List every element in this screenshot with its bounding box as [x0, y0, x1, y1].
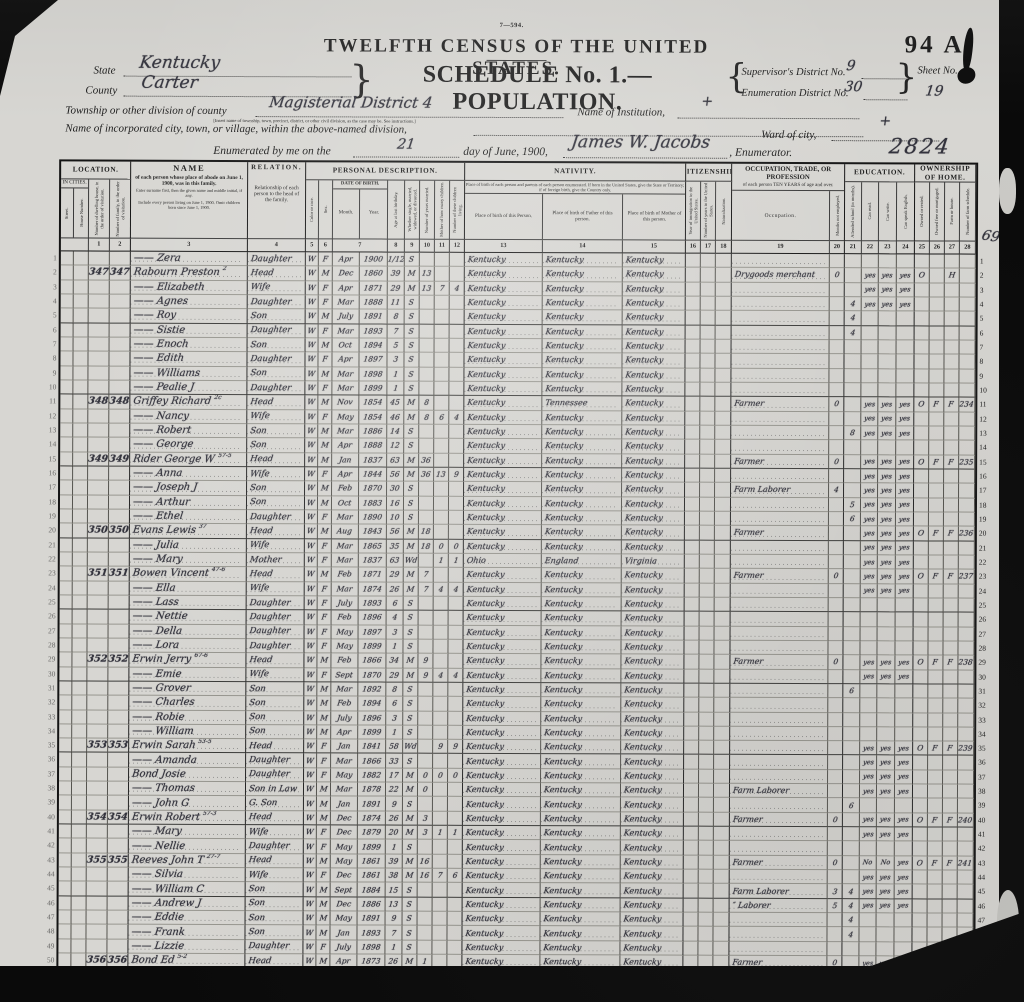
header-years-married: Number of years married. — [420, 181, 435, 240]
row-number: 43 — [978, 856, 994, 870]
cell-age: 39 — [388, 267, 405, 281]
header-column-number: 5 — [306, 239, 319, 252]
cell-age: 14 — [387, 425, 404, 439]
row-number: 44 — [978, 871, 994, 885]
cell-fm — [928, 799, 943, 813]
cell-fm — [928, 842, 943, 856]
cell-mc — [435, 339, 450, 353]
cell-street — [59, 810, 72, 824]
cell-age: 20 — [386, 826, 403, 840]
cell-yr: 1871 — [359, 568, 387, 582]
cell-yus — [700, 397, 715, 411]
cell-fm — [928, 684, 943, 698]
cell-sch — [843, 727, 860, 741]
cell-name: —— Silvia — [129, 868, 246, 883]
cell-fs — [959, 613, 975, 627]
cell-wr: yes — [878, 584, 896, 598]
header-dwelling-number: Number of dwelling house, in the order o… — [89, 180, 110, 239]
cell-fm — [929, 369, 944, 383]
cell-fh — [943, 799, 958, 813]
cell-rd — [860, 641, 877, 655]
cell-street — [60, 509, 73, 523]
cell-street — [59, 882, 72, 896]
cell-occ — [731, 598, 829, 613]
cell-fs — [959, 384, 975, 398]
cell-age: 56 — [387, 525, 404, 539]
row-number: 42 — [39, 839, 55, 853]
cell-house — [73, 538, 88, 552]
cell-ym — [420, 310, 435, 324]
cell-occ — [732, 325, 830, 340]
cell-c: W — [305, 553, 318, 567]
cell-rel: Daughter — [247, 510, 305, 525]
cell-mne — [828, 741, 843, 755]
cell-street — [60, 409, 73, 423]
cell-sch: 4 — [843, 899, 860, 913]
header-age: Age at last birthday. — [388, 181, 405, 240]
cell-street — [60, 624, 73, 638]
cell-street — [60, 581, 73, 595]
cell-imm — [685, 469, 700, 483]
cell-age: 6 — [387, 596, 404, 610]
cell-mne — [828, 727, 843, 741]
cell-street — [60, 481, 73, 495]
cell-street — [59, 653, 72, 667]
cell-mo: Mar — [332, 367, 359, 381]
cell-dw — [87, 911, 108, 925]
cell-house — [72, 853, 87, 867]
cell-c: W — [305, 539, 318, 553]
cell-fh: F — [943, 856, 958, 870]
cell-house — [73, 452, 88, 466]
cell-occ — [731, 626, 829, 641]
row-number: 31 — [978, 684, 994, 698]
cell-street — [60, 495, 73, 509]
cell-street — [60, 380, 73, 394]
cell-yus — [699, 741, 714, 755]
cell-mo: May — [331, 854, 358, 868]
cell-rd — [860, 684, 877, 698]
cell-mo: July — [330, 940, 357, 954]
cell-yr: 1893 — [357, 926, 385, 940]
row-number: 19 — [979, 513, 995, 527]
cell-ms: M — [403, 854, 418, 868]
cell-house — [72, 638, 87, 652]
row-number: 31 — [39, 681, 55, 695]
row-number: 46 — [39, 896, 55, 910]
cell-mo: Apr — [332, 353, 359, 367]
cell-wr: yes — [877, 870, 895, 884]
cell-rd: yes — [861, 469, 878, 483]
cell-fm: F — [928, 856, 943, 870]
header-column-number: 15 — [623, 240, 686, 253]
cell-occ — [732, 297, 830, 312]
cell-age: 30 — [387, 482, 404, 496]
cell-yr: 1843 — [359, 525, 387, 539]
scan-content: 7—594. TWELFTH CENSUS OF THE UNITED STAT… — [0, 0, 1024, 1002]
cell-pf: England — [542, 554, 622, 569]
cell-wr — [878, 441, 896, 455]
cell-pf: Kentucky — [541, 884, 621, 899]
cell-ym — [418, 897, 433, 911]
cell-nat — [715, 626, 731, 640]
cell-imm — [685, 426, 700, 440]
cell-ms: M — [404, 468, 419, 482]
cell-name: —— George — [130, 438, 247, 453]
cell-yr: 1894 — [358, 697, 386, 711]
cell-rel: Wife — [247, 582, 305, 597]
cell-occ — [732, 254, 830, 269]
row-number: 40 — [978, 813, 994, 827]
cell-dw — [89, 295, 110, 309]
cell-age: 12 — [387, 439, 404, 453]
cell-occ: Drygoods merchant — [732, 268, 830, 283]
cell-wr: yes — [878, 498, 896, 512]
cell-own — [914, 383, 929, 397]
header-column-number: 25 — [915, 241, 930, 254]
cell-fam: 348 — [109, 395, 130, 409]
cell-occ — [731, 497, 829, 512]
cell-fs: 239 — [958, 742, 974, 756]
cell-ms: M — [404, 453, 419, 467]
cell-ms: S — [404, 611, 419, 625]
cell-pf: Kentucky — [542, 611, 622, 626]
cell-street — [60, 610, 73, 624]
cell-fh: F — [944, 455, 959, 469]
cell-fh — [944, 469, 959, 483]
cell-imm — [685, 411, 700, 425]
cell-cl — [447, 941, 462, 955]
cell-house — [71, 939, 86, 953]
cell-occ — [731, 583, 829, 598]
cell-dw — [88, 581, 109, 595]
cell-ms: M — [403, 668, 418, 682]
cell-sch — [844, 369, 861, 383]
cell-yus — [701, 268, 716, 282]
cell-pb: Kentucky — [463, 769, 541, 784]
cell-ms: M — [404, 568, 419, 582]
cell-age: 1 — [386, 725, 403, 739]
cell-age: 7 — [385, 926, 402, 940]
header-street: Street. — [61, 188, 74, 237]
cell-sch — [844, 469, 861, 483]
cell-cl — [448, 711, 463, 725]
cell-en — [897, 254, 915, 268]
cell-pm: Kentucky — [623, 253, 686, 268]
row-number: 17 — [979, 484, 995, 498]
cell-fm — [928, 785, 943, 799]
cell-sch — [845, 283, 862, 297]
cell-cl — [450, 267, 465, 281]
cell-fm — [928, 699, 943, 713]
cell-mc — [433, 726, 448, 740]
cell-pb: Kentucky — [465, 296, 543, 311]
cell-pm: Kentucky — [621, 755, 684, 770]
cell-street — [60, 538, 73, 552]
cell-house — [73, 524, 88, 538]
cell-sch — [844, 541, 861, 555]
cell-house — [73, 495, 88, 509]
cell-cl — [449, 568, 464, 582]
cell-en: yes — [896, 570, 914, 584]
cell-yr: 1892 — [358, 682, 386, 696]
row-number: 22 — [40, 552, 56, 566]
cell-fm — [929, 555, 944, 569]
cell-rd — [860, 842, 877, 856]
cell-pb: Kentucky — [463, 912, 541, 927]
cell-own: O — [913, 742, 928, 756]
cell-rel: Son — [247, 424, 305, 439]
cell-c: W — [304, 782, 317, 796]
cell-pm: Kentucky — [621, 683, 684, 698]
cell-imm — [685, 368, 700, 382]
cell-wr — [876, 928, 894, 942]
cell-fam — [109, 409, 130, 423]
cell-s: F — [318, 353, 332, 367]
cell-fh: F — [943, 813, 958, 827]
cell-fam — [107, 925, 128, 939]
cell-mc — [434, 625, 449, 639]
cell-own — [913, 828, 928, 842]
row-number: 2 — [41, 266, 57, 280]
cell-own — [914, 498, 929, 512]
cell-house — [72, 810, 87, 824]
row-number: 35 — [978, 742, 994, 756]
cell-pb: Kentucky — [464, 468, 542, 483]
row-number: 28 — [39, 638, 55, 652]
row-number: 7 — [980, 341, 996, 355]
cell-pm: Kentucky — [621, 841, 684, 856]
cell-sch — [843, 713, 860, 727]
cell-mc: 0 — [434, 539, 449, 553]
cell-occ — [731, 354, 829, 369]
cell-fh — [943, 770, 958, 784]
cell-imm — [685, 597, 700, 611]
cell-name: —— Eddie — [129, 911, 246, 926]
cell-ym — [418, 726, 433, 740]
cell-s: F — [317, 639, 331, 653]
cell-yr: 1888 — [359, 439, 387, 453]
cell-ms: S — [403, 682, 418, 696]
cell-mo: Dec — [331, 868, 358, 882]
ward-label: Ward of city, — [761, 129, 816, 141]
cell-ym — [418, 840, 433, 854]
row-number: 5 — [980, 312, 996, 326]
cell-mc — [433, 912, 448, 926]
cell-yr: 1865 — [359, 539, 387, 553]
cell-nat — [715, 426, 731, 440]
cell-nat — [715, 583, 731, 597]
cell-house — [73, 509, 88, 523]
row-number: 1 — [980, 255, 996, 269]
cell-fam — [108, 896, 129, 910]
cell-imm — [685, 526, 700, 540]
cell-age: 4 — [387, 611, 404, 625]
cell-own — [913, 885, 928, 899]
cell-mc: 6 — [434, 410, 449, 424]
cell-fm — [928, 828, 943, 842]
cell-c: W — [304, 682, 317, 696]
cell-ms: S — [404, 439, 419, 453]
cell-occ — [730, 684, 828, 699]
cell-imm — [684, 784, 699, 798]
cell-mc — [434, 525, 449, 539]
cell-c: W — [304, 797, 317, 811]
cell-fh — [944, 584, 959, 598]
row-number: 48 — [38, 925, 54, 939]
cell-nat — [715, 497, 731, 511]
cell-house — [72, 696, 87, 710]
cell-en — [895, 727, 913, 741]
cell-s: M — [319, 310, 333, 324]
cell-nat — [716, 297, 732, 311]
cell-ym — [418, 640, 433, 654]
cell-own: O — [914, 455, 929, 469]
cell-mc: 4 — [433, 668, 448, 682]
header-column-number: 9 — [405, 240, 420, 253]
cell-mc — [435, 267, 450, 281]
cell-fam — [109, 481, 130, 495]
cell-s: M — [317, 696, 331, 710]
cell-mc: 0 — [433, 769, 448, 783]
cell-fs — [960, 269, 976, 283]
cell-pb: Kentucky — [465, 310, 543, 325]
cell-fam — [109, 424, 130, 438]
cell-fm — [928, 914, 943, 928]
cell-pb: Kentucky — [464, 625, 542, 640]
cell-fh — [944, 498, 959, 512]
cell-name: —— Robert — [130, 424, 247, 439]
cell-own — [914, 355, 929, 369]
cell-ym — [418, 883, 433, 897]
title-rule — [487, 60, 547, 61]
cell-yus — [700, 483, 715, 497]
cell-street — [59, 696, 72, 710]
cell-en: yes — [895, 670, 913, 684]
ward-value: + — [878, 113, 892, 129]
cell-fm — [928, 727, 943, 741]
cell-dw — [87, 896, 108, 910]
cell-street — [59, 796, 72, 810]
cell-fam: 351 — [109, 567, 130, 581]
cell-age: 26 — [386, 811, 403, 825]
cell-occ: ″ Laborer — [730, 899, 828, 914]
cell-mne — [829, 612, 844, 626]
cell-age: 34 — [386, 654, 403, 668]
cell-ms: S — [403, 912, 418, 926]
cell-pm: Kentucky — [622, 597, 685, 612]
cell-en — [896, 355, 914, 369]
cell-fs — [960, 255, 976, 269]
cell-fh — [943, 914, 958, 928]
cell-dw — [88, 466, 109, 480]
cell-pb: Kentucky — [464, 496, 542, 511]
cell-fh — [943, 756, 958, 770]
cell-sch: 6 — [843, 684, 860, 698]
cell-rd — [861, 627, 878, 641]
header-column-number: 21 — [845, 241, 862, 254]
cell-yus — [699, 726, 714, 740]
cell-cl — [449, 353, 464, 367]
cell-c: W — [304, 825, 317, 839]
cell-ms: M — [404, 582, 419, 596]
cell-fh — [944, 627, 959, 641]
cell-house — [72, 653, 87, 667]
cell-rd: yes — [860, 770, 877, 784]
cell-fh — [943, 684, 958, 698]
cell-yus — [699, 913, 714, 927]
cell-mc: 7 — [435, 281, 450, 295]
cell-street — [61, 337, 74, 351]
cell-age: 58 — [386, 740, 403, 754]
cell-wr: yes — [877, 756, 895, 770]
cell-house — [73, 481, 88, 495]
cell-ms: M — [405, 267, 420, 281]
row-number: 21 — [979, 541, 995, 555]
cell-name: —— Lizzie — [128, 939, 245, 954]
cell-dw — [88, 624, 109, 638]
cell-imm — [686, 254, 701, 268]
header-column-number: 20 — [830, 241, 845, 254]
cell-yr: 1896 — [358, 711, 386, 725]
header-farm-schedule: Number of farm schedule. — [960, 183, 976, 242]
cell-yr: 1891 — [360, 310, 388, 324]
cell-ms: S — [404, 496, 419, 510]
cell-fm — [928, 899, 943, 913]
cell-yus — [699, 784, 714, 798]
cell-age: 1 — [386, 639, 403, 653]
cell-s: F — [318, 467, 332, 481]
row-numbers-right: 1234567891011121314151617181920212223242… — [977, 255, 996, 971]
cell-fam — [109, 438, 130, 452]
cell-occ — [730, 827, 828, 842]
cell-name: —— Arthur — [130, 495, 247, 510]
cell-yr: 1897 — [359, 353, 387, 367]
cell-yr: 1894 — [360, 338, 388, 352]
cell-pm: Kentucky — [621, 784, 684, 799]
header-owned-free: Owned free or mortgaged. — [930, 182, 945, 241]
cell-cl — [448, 855, 463, 869]
cell-fam — [108, 753, 129, 767]
cell-mne — [828, 641, 843, 655]
cell-cl: 1 — [449, 554, 464, 568]
cell-fm — [929, 613, 944, 627]
header-column-number: 11 — [435, 240, 450, 253]
cell-pm: Kentucky — [621, 640, 684, 655]
cell-ms: S — [403, 840, 418, 854]
cell-nat — [715, 569, 731, 583]
cell-mc — [434, 396, 449, 410]
cell-mne — [829, 526, 844, 540]
cell-mne — [829, 598, 844, 612]
cell-ym — [419, 625, 434, 639]
cell-name: —— Amanda — [129, 753, 246, 768]
cell-own — [915, 340, 930, 354]
cell-rel: Wife — [247, 410, 305, 425]
cell-mo: Mar — [332, 424, 359, 438]
cell-pb: Kentucky — [463, 783, 541, 798]
cell-yus — [700, 497, 715, 511]
cell-s: M — [317, 654, 331, 668]
header-location: LOCATION. — [61, 161, 131, 179]
header-column-number: 26 — [930, 241, 945, 254]
cell-rd: yes — [862, 283, 879, 297]
cell-dw: 348 — [88, 395, 109, 409]
cell-pb: Kentucky — [462, 926, 540, 941]
sheet-label: Sheet No. — [917, 65, 957, 76]
cell-rel: Son — [246, 725, 304, 740]
cell-mc — [434, 568, 449, 582]
